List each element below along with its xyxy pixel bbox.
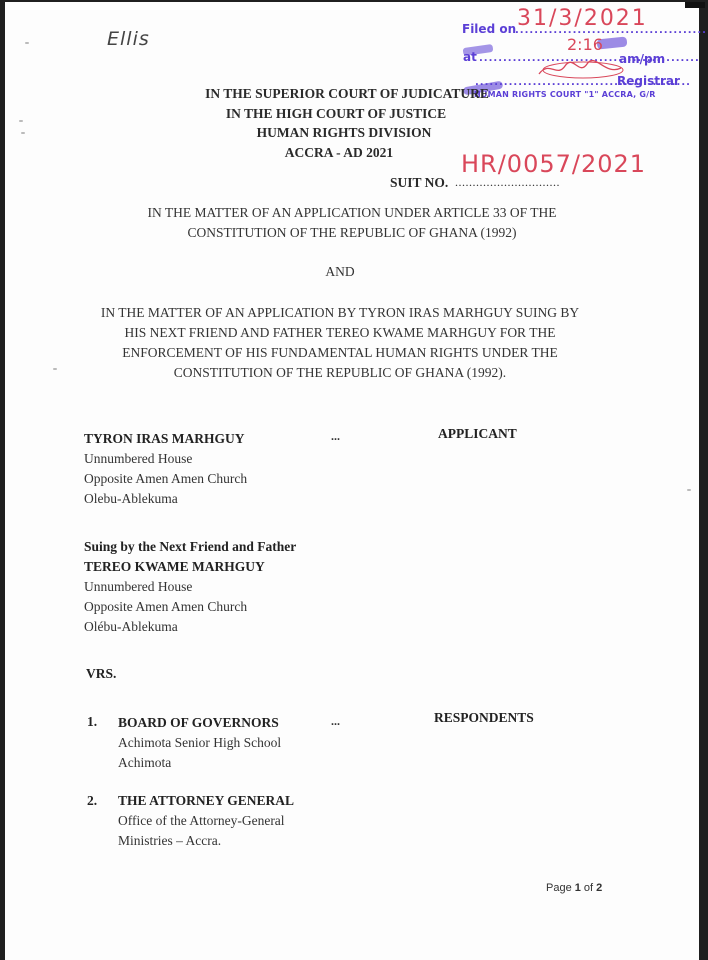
versus-label: VRS. bbox=[86, 666, 116, 682]
scan-corner-mark bbox=[685, 2, 705, 8]
respondent-number: 1. bbox=[87, 714, 97, 730]
page-middle: of bbox=[581, 882, 596, 894]
respondent-name: BOARD OF GOVERNORS bbox=[118, 713, 281, 733]
respondents-ellipsis: ... bbox=[331, 714, 340, 729]
matter-statement-2: IN THE MATTER OF AN APPLICATION BY TYRON… bbox=[5, 303, 675, 383]
court-heading-line: IN THE SUPERIOR COURT OF JUDICATURE bbox=[0, 84, 694, 104]
matter-statement-1: IN THE MATTER OF AN APPLICATION UNDER AR… bbox=[5, 203, 699, 243]
and-separator: AND bbox=[5, 264, 675, 280]
address-line: Ministries – Accra. bbox=[118, 831, 294, 851]
page-indicator: Page 1 of 2 bbox=[546, 882, 602, 894]
matter-line: ENFORCEMENT OF HIS FUNDAMENTAL HUMAN RIG… bbox=[5, 343, 675, 363]
address-line: Unnumbered House bbox=[84, 577, 296, 597]
respondent-number: 2. bbox=[87, 793, 97, 809]
next-friend-name: TEREO KWAME MARHGUY bbox=[84, 557, 296, 577]
court-heading-line: IN THE HIGH COURT OF JUSTICE bbox=[0, 104, 683, 124]
next-friend-intro: Suing by the Next Friend and Father bbox=[84, 537, 296, 557]
scan-speck bbox=[25, 42, 29, 44]
stamp-filed-on-label: Filed on bbox=[462, 22, 516, 36]
matter-line: IN THE MATTER OF AN APPLICATION UNDER AR… bbox=[5, 203, 699, 223]
next-friend-block: Suing by the Next Friend and Father TERE… bbox=[84, 537, 296, 637]
address-line: Achimota Senior High School bbox=[118, 733, 281, 753]
page-total: 2 bbox=[596, 882, 602, 894]
address-line: Achimota bbox=[118, 753, 281, 773]
address-line: Olebu-Ablekuma bbox=[84, 489, 247, 509]
handwritten-margin-note: Ellis bbox=[107, 28, 150, 50]
respondent-name: THE ATTORNEY GENERAL bbox=[118, 791, 294, 811]
matter-line: CONSTITUTION OF THE REPUBLIC OF GHANA (1… bbox=[5, 223, 699, 243]
court-heading-line: HUMAN RIGHTS DIVISION bbox=[0, 123, 691, 143]
scan-speck bbox=[19, 120, 23, 122]
matter-line: CONSTITUTION OF THE REPUBLIC OF GHANA (1… bbox=[5, 363, 675, 383]
address-line: Olébu-Ablekuma bbox=[84, 617, 296, 637]
handwritten-suit-number: HR/0057/2021 bbox=[461, 150, 646, 178]
scan-speck bbox=[53, 368, 57, 370]
respondent-block: BOARD OF GOVERNORS Achimota Senior High … bbox=[118, 713, 281, 773]
handwritten-filed-time: 2:16 bbox=[567, 35, 603, 54]
applicant-role-label: APPLICANT bbox=[438, 426, 517, 442]
registrar-signature-icon bbox=[535, 58, 625, 80]
applicant-name: TYRON IRAS MARHGUY bbox=[84, 429, 247, 449]
matter-line: IN THE MATTER OF AN APPLICATION BY TYRON… bbox=[5, 303, 675, 323]
stamp-ampm-label: am/pm bbox=[619, 52, 665, 66]
stamp-at-label: at bbox=[463, 50, 477, 64]
respondents-role-label: RESPONDENTS bbox=[434, 710, 534, 726]
respondent-block: THE ATTORNEY GENERAL Office of the Attor… bbox=[118, 791, 294, 851]
address-line: Opposite Amen Amen Church bbox=[84, 469, 247, 489]
address-line: Office of the Attorney-General bbox=[118, 811, 294, 831]
handwritten-filed-date: 31/3/2021 bbox=[517, 6, 648, 31]
applicant-ellipsis: ... bbox=[331, 429, 340, 444]
suit-no-label: SUIT NO. bbox=[390, 175, 448, 191]
page-prefix: Page bbox=[546, 882, 575, 894]
address-line: Unnumbered House bbox=[84, 449, 247, 469]
matter-line: HIS NEXT FRIEND AND FATHER TEREO KWAME M… bbox=[5, 323, 675, 343]
address-line: Opposite Amen Amen Church bbox=[84, 597, 296, 617]
document-page: Ellis Filed on .........................… bbox=[5, 2, 699, 960]
scan-speck bbox=[21, 132, 25, 134]
applicant-block: TYRON IRAS MARHGUY Unnumbered House Oppo… bbox=[84, 429, 247, 509]
scan-speck bbox=[687, 489, 691, 491]
